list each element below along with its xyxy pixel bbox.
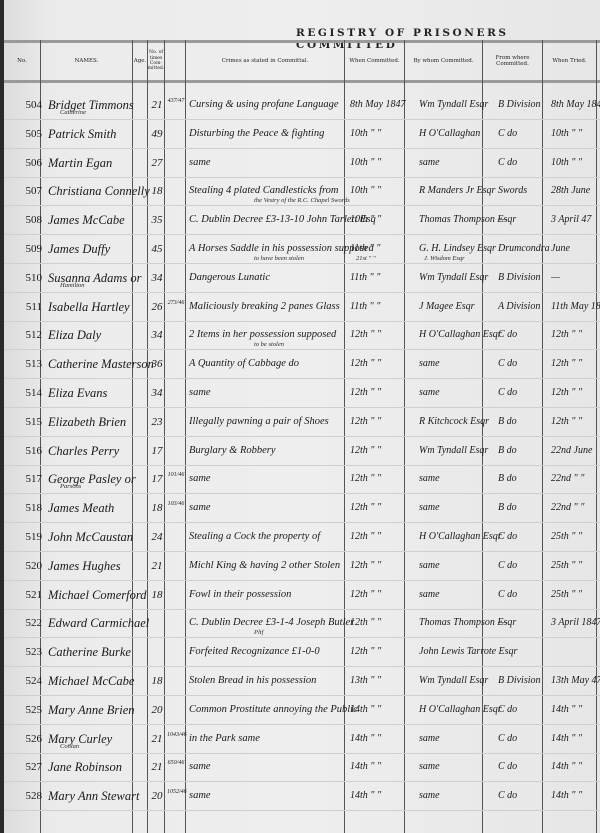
name-note: Catherine [60,109,86,116]
committed-from: C do [498,752,558,782]
table-row: 504Bridget Timmons21437/47Cursing & usin… [4,90,600,120]
crime-description: same [189,781,346,811]
table-row: 525Mary Anne Brien20Common Prostitute an… [4,695,600,725]
entry-number: 519 [14,522,42,552]
date-tried: 25th " " [551,551,600,581]
table-row: 519John McCaustan24Stealing a Cock the p… [4,522,600,552]
crime-description: same [189,464,346,494]
entry-number: 507 [14,176,42,206]
prisoner-age: 21 [150,724,164,754]
col-header-when-committed: When Committed. [345,42,404,80]
date-tried: 11th May 1847 [551,292,600,322]
date-tried: 3 April 47 [551,205,600,235]
date-committed: 11th " " [350,292,415,322]
name-note: Conlan [60,743,79,750]
date-tried: 14th " " [551,695,600,725]
committed-by: same [419,781,495,811]
committed-by-note: J. Wisdom Esqr [424,255,465,262]
col-header-when-tried: When Tried. [543,42,596,80]
crime-description: same [189,493,346,523]
entry-number: 523 [14,637,42,667]
entry-number: 504 [14,90,42,120]
crime-description: same [189,752,346,782]
date-tried: 14th " " [551,781,600,811]
prisoner-age: 34 [150,263,164,293]
prisoner-name: Jane Robinson [48,752,158,782]
times-committed [167,205,185,235]
prisoner-age: 26 [150,292,164,322]
committed-by: R Kitchcock Esqr [419,407,495,437]
prisoner-name: James Hughes [48,551,158,581]
table-row: 513Catherine Masterson36A Quantity of Ca… [4,349,600,379]
date-committed: 8th May 1847 [350,90,415,120]
table-row: 508James McCabe35C. Dublin Decree £3-13-… [4,205,600,235]
date-committed: 11th " " [350,263,415,293]
committed-by: J Magee Esqr [419,292,495,322]
committed-from: C do [498,522,558,552]
prisoner-name: Eliza Evans [48,378,158,408]
committed-by: same [419,724,495,754]
prisoner-age: 45 [150,234,164,264]
crime-description: Illegally pawning a pair of Shoes [189,407,346,437]
crime-description: Burglary & Robbery [189,436,346,466]
times-committed [167,666,185,696]
date-tried: 12th " " [551,407,600,437]
date-tried [551,637,600,667]
times-committed [167,320,185,350]
crime-description: in the Park same [189,724,346,754]
prisoner-name: Mary Ann Stewart [48,781,158,811]
date-committed: 14th " " [350,695,415,725]
date-committed: 14th " " [350,781,415,811]
committed-by: same [419,493,495,523]
prisoner-name: James McCabe [48,205,158,235]
times-committed: 1052/46 [167,781,185,811]
entry-number: 526 [14,724,42,754]
entry-number: 506 [14,148,42,178]
times-committed: 103/46 [167,493,185,523]
date-committed: 13th " " [350,666,415,696]
date-tried: — [551,263,600,293]
prisoner-age: 21 [150,752,164,782]
committed-by: H O'Callaghan Esqr [419,695,495,725]
crime-description: C. Dublin Decree £3-1-4 Joseph Butler [189,608,346,638]
times-committed [167,522,185,552]
entry-number: 511 [14,292,42,322]
col-header-by-whom: By whom Committed. [405,42,482,80]
committed-by: same [419,349,495,379]
col-header-age: Age. [133,42,147,80]
committed-by: same [419,551,495,581]
date-tried: 28th June [551,176,600,206]
prisoner-age: 20 [150,781,164,811]
entry-number: 515 [14,407,42,437]
entry-number: 522 [14,608,42,638]
register-page: REGISTRY OF PRISONERS COMMITTED No. NAME… [4,0,600,833]
times-committed: 273/46 [167,292,185,322]
committed-from [498,637,558,667]
committed-by: John Lewis Tarrote Esqr [419,637,495,667]
committed-from: B Division [498,263,558,293]
committed-from: C do [498,349,558,379]
prisoner-name: James Meath [48,493,158,523]
date-committed: 12th " " [350,349,415,379]
table-row: 515Elizabeth Brien23Illegally pawning a … [4,407,600,437]
table-row: 526Mary Curley211043/46in the Park same1… [4,724,600,754]
date-tried: 12th " " [551,378,600,408]
prisoner-age: 18 [150,493,164,523]
crime-note: to have been stolen [254,255,304,262]
times-committed: 650/46 [167,752,185,782]
table-row: 527Jane Robinson21650/46same14th " "same… [4,752,600,782]
date-committed: 12th " " [350,493,415,523]
prisoner-age: 49 [150,119,164,149]
entry-number: 517 [14,464,42,494]
col-header-times: No. of times Com-mitted. [148,42,164,80]
committed-by: Wm Tyndall Esqr [419,436,495,466]
committed-from: B Division [498,666,558,696]
committed-from: B Division [498,90,558,120]
times-committed [167,436,185,466]
date-committed: 12th " " [350,608,415,638]
times-committed [167,608,185,638]
date-tried: 22nd " " [551,464,600,494]
col-header-crimes: Crimes as stated in Committal. [186,42,344,80]
date-tried: 25th " " [551,580,600,610]
prisoner-name: Christiana Connelly [48,176,158,206]
committed-from: — [498,205,558,235]
entry-number: 520 [14,551,42,581]
committed-from: C do [498,724,558,754]
prisoner-age: 18 [150,176,164,206]
times-committed [167,119,185,149]
times-committed: 437/47 [167,90,185,120]
times-committed: 1043/46 [167,724,185,754]
crime-description: Fowl in their possession [189,580,346,610]
committed-from: C do [498,551,558,581]
prisoner-age: 20 [150,695,164,725]
table-row: 522Edward CarmichaelC. Dublin Decree £3-… [4,608,600,638]
committed-by: Wm Tyndall Esqr [419,90,495,120]
entry-number: 513 [14,349,42,379]
committed-from: C do [498,320,558,350]
times-committed [167,234,185,264]
prisoner-name: Mary Anne Brien [48,695,158,725]
committed-from: Swords [498,176,558,206]
prisoner-name: John McCaustan [48,522,158,552]
table-row: 509James Duffy45A Horses Saddle in his p… [4,234,600,264]
date-committed: 10th " " [350,119,415,149]
prisoner-age: 27 [150,148,164,178]
entry-number: 508 [14,205,42,235]
date-tried: 22nd June [551,436,600,466]
crime-note: to be stolen [254,341,284,348]
committed-from: A Division [498,292,558,322]
prisoner-age: 21 [150,551,164,581]
crime-description: Disturbing the Peace & fighting [189,119,346,149]
date-tried: June [551,234,600,264]
committed-by: same [419,378,495,408]
table-row: 518James Meath18103/46same12th " "sameB … [4,493,600,523]
date-committed: 12th " " [350,551,415,581]
date-committed: 10th " " [350,148,415,178]
date-committed: 10th " " [350,205,415,235]
committed-from: B do [498,464,558,494]
committed-from: C do [498,781,558,811]
committed-by: H O'Callaghan Esqr [419,522,495,552]
entry-number: 514 [14,378,42,408]
committed-by: same [419,148,495,178]
times-committed [167,580,185,610]
prisoner-name: Patrick Smith [48,119,158,149]
crime-description: Michl King & having 2 other Stolen [189,551,346,581]
committed-by: Thomas Thompson Esqr [419,205,495,235]
times-committed: 101/46 [167,464,185,494]
committed-from: B do [498,436,558,466]
crime-description: same [189,148,346,178]
entry-number: 505 [14,119,42,149]
crime-note: Pltf [254,629,263,636]
table-row: 505Patrick Smith49Disturbing the Peace &… [4,119,600,149]
entry-number: 518 [14,493,42,523]
committed-by: H O'Callaghan [419,119,495,149]
table-row: 517George Pasley or17101/46same12th " "s… [4,464,600,494]
committed-from: C do [498,695,558,725]
col-header-from-where: From where Committed. [483,42,542,80]
prisoner-name: Michael Comerford [48,580,158,610]
entry-number: 521 [14,580,42,610]
times-committed [167,148,185,178]
entry-number: 512 [14,320,42,350]
date-committed: 12th " " [350,436,415,466]
date-tried: 22nd " " [551,493,600,523]
prisoner-age: 18 [150,580,164,610]
date-committed: 12th " " [350,580,415,610]
entry-number: 524 [14,666,42,696]
times-committed [167,263,185,293]
crime-description: Cursing & using profane Language [189,90,346,120]
prisoner-name: Eliza Daly [48,320,158,350]
prisoner-age: 36 [150,349,164,379]
crime-note: the Vestry of the R.C. Chapel Swords [254,197,350,204]
committed-by: Wm Tyndall Esqr [419,666,495,696]
name-note: Hamilton [60,282,85,289]
date-committed: 12th " " [350,407,415,437]
prisoner-age: 17 [150,464,164,494]
committed-from: — [498,608,558,638]
entry-number: 510 [14,263,42,293]
committed-from: C do [498,580,558,610]
prisoner-age: 21 [150,90,164,120]
times-committed [167,551,185,581]
committed-from: Drumcondra [498,234,558,264]
table-row: 510Susanna Adams or34Dangerous Lunatic11… [4,263,600,293]
date-committed: 10th " " [350,176,415,206]
committed-from: B do [498,407,558,437]
date-committed-note: 21st " " [356,255,376,262]
crime-description: Stolen Bread in his possession [189,666,346,696]
committed-by: R Manders Jr Esqr [419,176,495,206]
prisoner-age: 17 [150,436,164,466]
prisoner-name: Isabella Hartley [48,292,158,322]
entry-number: 516 [14,436,42,466]
prisoner-age: 18 [150,666,164,696]
table-row: 512Eliza Daly342 Items in her possession… [4,320,600,350]
date-tried: 10th " " [551,148,600,178]
committed-by: H O'Callaghan Esqr [419,320,495,350]
crime-description: Maliciously breaking 2 panes Glass [189,292,346,322]
crime-description: Dangerous Lunatic [189,263,346,293]
date-tried: 25th " " [551,522,600,552]
committed-from: C do [498,148,558,178]
prisoner-age: 34 [150,320,164,350]
date-committed: 14th " " [350,724,415,754]
entry-number: 528 [14,781,42,811]
prisoner-age: 34 [150,378,164,408]
committed-by: Wm Tyndall Esqr [419,263,495,293]
prisoner-name: James Duffy [48,234,158,264]
table-row: 511Isabella Hartley26273/46Maliciously b… [4,292,600,322]
prisoner-name: Michael McCabe [48,666,158,696]
date-tried: 12th " " [551,320,600,350]
row-rule [4,810,600,811]
table-row: 524Michael McCabe18Stolen Bread in his p… [4,666,600,696]
committed-by: same [419,464,495,494]
times-committed [167,378,185,408]
prisoner-name: Catherine Masterson [48,349,158,379]
entry-number: 525 [14,695,42,725]
date-committed: 12th " " [350,320,415,350]
prisoner-age: 24 [150,522,164,552]
table-row: 516Charles Perry17Burglary & Robbery12th… [4,436,600,466]
date-committed: 12th " " [350,378,415,408]
crime-description: A Quantity of Cabbage do [189,349,346,379]
crime-description: Stealing a Cock the property of [189,522,346,552]
date-tried: 12th " " [551,349,600,379]
times-committed [167,695,185,725]
crime-description: Common Prostitute annoying the Public [189,695,346,725]
prisoner-age: 23 [150,407,164,437]
date-tried: 14th " " [551,724,600,754]
table-row: 521Michael Comerford18Fowl in their poss… [4,580,600,610]
table-row: 514Eliza Evans34same12th " "sameC do12th… [4,378,600,408]
table-row: 507Christiana Connelly18Stealing 4 plate… [4,176,600,206]
crime-description: C. Dublin Decree £3-13-10 John Tarlett E… [189,205,346,235]
date-committed: 12th " " [350,464,415,494]
crime-description: same [189,378,346,408]
committed-from: C do [498,119,558,149]
prisoner-name: Edward Carmichael [48,608,158,638]
name-note: Parsons [60,483,81,490]
prisoner-age [150,608,164,638]
date-tried: 3 April 1847 [551,608,600,638]
times-committed [167,349,185,379]
header-bottom-rule [4,80,600,83]
date-tried: 10th " " [551,119,600,149]
date-committed: 14th " " [350,752,415,782]
times-committed [167,637,185,667]
times-committed [167,407,185,437]
committed-by: same [419,752,495,782]
col-header-no: No. [4,42,40,80]
table-row: 520James Hughes21Michl King & having 2 o… [4,551,600,581]
table-row: 523Catherine BurkeForfeited Recognizance… [4,637,600,667]
entry-number: 527 [14,752,42,782]
table-row: 528Mary Ann Stewart201052/46same14th " "… [4,781,600,811]
entry-number: 509 [14,234,42,264]
date-tried: 14th " " [551,752,600,782]
date-tried: 13th May 47 [551,666,600,696]
date-committed: 12th " " [350,522,415,552]
prisoner-name: Martin Egan [48,148,158,178]
prisoner-name: Elizabeth Brien [48,407,158,437]
committed-by: Thomas Thompson Esqr [419,608,495,638]
prisoner-name: Catherine Burke [48,637,158,667]
prisoner-age: 35 [150,205,164,235]
date-tried: 8th May 1847 [551,90,600,120]
col-header-names: NAMES. [41,42,132,80]
crime-description: Forfeited Recognizance £1-0-0 [189,637,346,667]
committed-from: B do [498,493,558,523]
date-committed: 12th " " [350,637,415,667]
table-row: 506Martin Egan27same10th " "sameC do10th… [4,148,600,178]
times-committed [167,176,185,206]
committed-by: same [419,580,495,610]
prisoner-name: Charles Perry [48,436,158,466]
committed-from: C do [498,378,558,408]
prisoner-age [150,637,164,667]
